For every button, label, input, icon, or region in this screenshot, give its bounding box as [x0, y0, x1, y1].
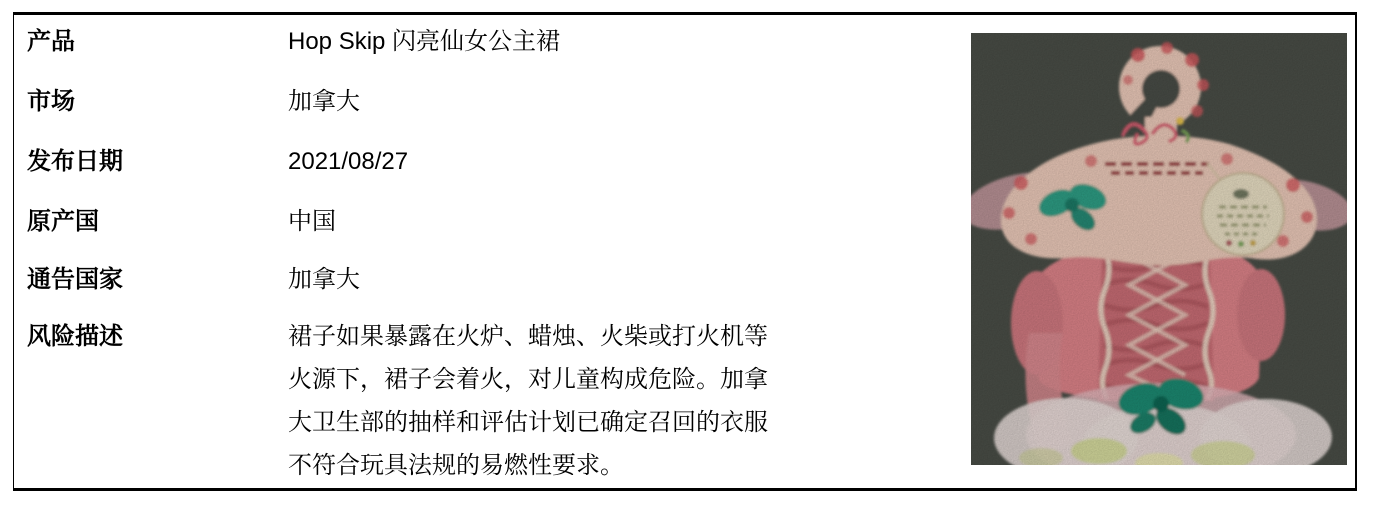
row-label: 通告国家 — [27, 263, 288, 297]
table-row: 通告国家 加拿大 — [27, 263, 360, 297]
row-value: Hop Skip 闪亮仙女公主裙 — [288, 25, 560, 59]
photo-grain-overlay — [971, 33, 1347, 465]
table-row: 产品 Hop Skip 闪亮仙女公主裙 — [27, 25, 560, 59]
product-photo — [971, 33, 1347, 465]
recall-notice-page: 产品 Hop Skip 闪亮仙女公主裙 市场 加拿大 发布日期 2021/08/… — [0, 0, 1386, 513]
table-row: 原产国 中国 — [27, 205, 336, 239]
table-row: 风险描述 裙子如果暴露在火炉、蜡烛、火柴或打火机等 火源下，裙子会着火，对儿童构… — [27, 315, 768, 487]
recall-info-table: 产品 Hop Skip 闪亮仙女公主裙 市场 加拿大 发布日期 2021/08/… — [13, 12, 1357, 491]
table-row: 市场 加拿大 — [27, 85, 360, 119]
risk-description-line: 不符合玩具法规的易燃性要求。 — [288, 444, 768, 487]
table-row: 发布日期 2021/08/27 — [27, 145, 408, 179]
row-label: 市场 — [27, 85, 288, 119]
row-value-risk-description: 裙子如果暴露在火炉、蜡烛、火柴或打火机等 火源下，裙子会着火，对儿童构成危险。加… — [288, 315, 768, 487]
risk-description-line: 火源下，裙子会着火，对儿童构成危险。加拿 — [288, 358, 768, 401]
row-label: 产品 — [27, 25, 288, 59]
risk-description-line: 大卫生部的抽样和评估计划已确定召回的衣服 — [288, 401, 768, 444]
row-label: 风险描述 — [27, 315, 288, 358]
row-label: 原产国 — [27, 205, 288, 239]
risk-description-line: 裙子如果暴露在火炉、蜡烛、火柴或打火机等 — [288, 315, 768, 358]
row-value: 2021/08/27 — [288, 145, 408, 179]
row-label: 发布日期 — [27, 145, 288, 179]
row-value: 加拿大 — [288, 263, 360, 297]
row-value: 加拿大 — [288, 85, 360, 119]
row-value: 中国 — [288, 205, 336, 239]
